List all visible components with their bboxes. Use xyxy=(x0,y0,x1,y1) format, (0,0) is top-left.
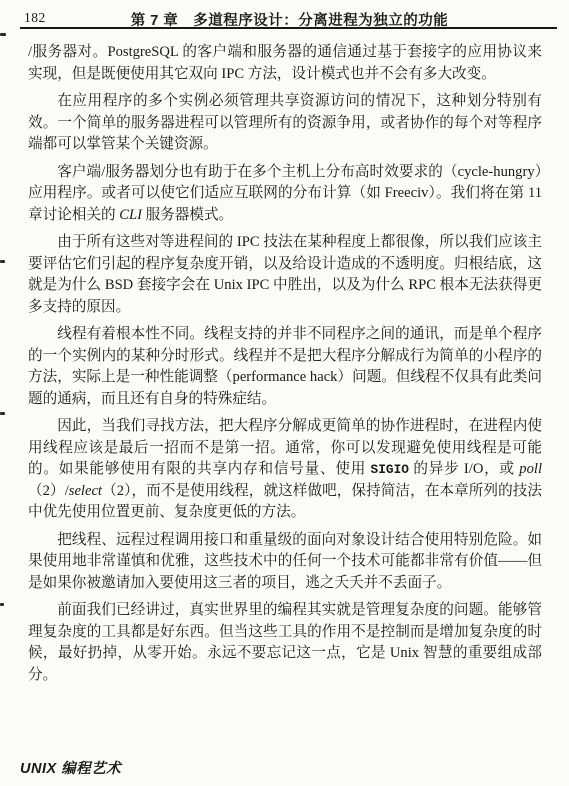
text-segment: （2）/ xyxy=(28,483,69,499)
page-body: /服务器对。PostgreSQL 的客户端和服务器的通信通过基于套接字的应用协议… xyxy=(28,42,542,692)
text-segment: 由于所有这些对等进程间的 IPC 技法在某种程度上都很像，所以我们应该主要评估它… xyxy=(28,234,542,315)
body-paragraph: 前面我们已经讲过，真实世界里的编程其实就是管理复杂度的问题。能够管理复杂度的工具… xyxy=(28,600,542,686)
text-segment: 前面我们已经讲过，真实世界里的编程其实就是管理复杂度的问题。能够管理复杂度的工具… xyxy=(28,602,542,683)
text-segment: 服务器模式。 xyxy=(142,207,233,223)
book-page: 182 第 7 章 多道程序设计：分离进程为独立的功能 /服务器对。Postgr… xyxy=(0,0,569,786)
text-segment: /服务器对。PostgreSQL 的客户端和服务器的通信通过基于套接字的应用协议… xyxy=(28,44,542,82)
body-paragraph: 由于所有这些对等进程间的 IPC 技法在某种程度上都很像，所以我们应该主要评估它… xyxy=(28,232,542,318)
sigio-term: SIGIO xyxy=(371,462,409,477)
text-segment: 把线程、远程过程调用接口和重量级的面向对象设计结合使用特别危险。如果使用地非常谨… xyxy=(28,532,542,591)
page-header: 182 第 7 章 多道程序设计：分离进程为独立的功能 xyxy=(24,9,555,27)
scan-speck xyxy=(0,260,5,263)
cli-term: CLI xyxy=(119,207,142,223)
page-footer: UNIX 编程艺术 xyxy=(20,757,121,778)
book-title: UNIX 编程艺术 xyxy=(20,761,121,777)
select-term: select xyxy=(69,483,102,499)
scan-speck xyxy=(0,412,5,415)
text-segment: 在应用程序的多个实例必须管理共享资源访问的情况下，这种划分特别有效。一个简单的服… xyxy=(28,93,542,152)
body-paragraph: 客户端/服务器划分也有助于在多个主机上分布高时效要求的（cycle-hungry… xyxy=(28,162,542,227)
scan-speck xyxy=(0,603,4,606)
body-paragraph: 在应用程序的多个实例必须管理共享资源访问的情况下，这种划分特别有效。一个简单的服… xyxy=(28,91,542,156)
body-paragraph: 把线程、远程过程调用接口和重量级的面向对象设计结合使用特别危险。如果使用地非常谨… xyxy=(28,530,542,595)
body-paragraph: 因此，当我们寻找方法，把大程序分解成更简单的协作进程时，在进程内使用线程应该是最… xyxy=(28,416,542,524)
text-segment: （2），而不是使用线程，就这样做吧，保持简洁，在本章所列的技法中优先使用位置更前… xyxy=(28,483,542,521)
text-segment: 的异步 I/O，或 xyxy=(409,461,519,477)
body-paragraph: /服务器对。PostgreSQL 的客户端和服务器的通信通过基于套接字的应用协议… xyxy=(28,42,542,85)
body-paragraph: 线程有着根本性不同。线程支持的并非不同程序之间的通讯，而是单个程序的一个实例内的… xyxy=(28,324,542,410)
poll-term: poll xyxy=(519,461,542,477)
header-rule xyxy=(20,27,557,29)
text-segment: 客户端/服务器划分也有助于在多个主机上分布高时效要求的（cycle-hungry… xyxy=(28,164,542,223)
text-segment: 线程有着根本性不同。线程支持的并非不同程序之间的通讯，而是单个程序的一个实例内的… xyxy=(28,326,542,407)
scan-speck xyxy=(0,33,6,36)
